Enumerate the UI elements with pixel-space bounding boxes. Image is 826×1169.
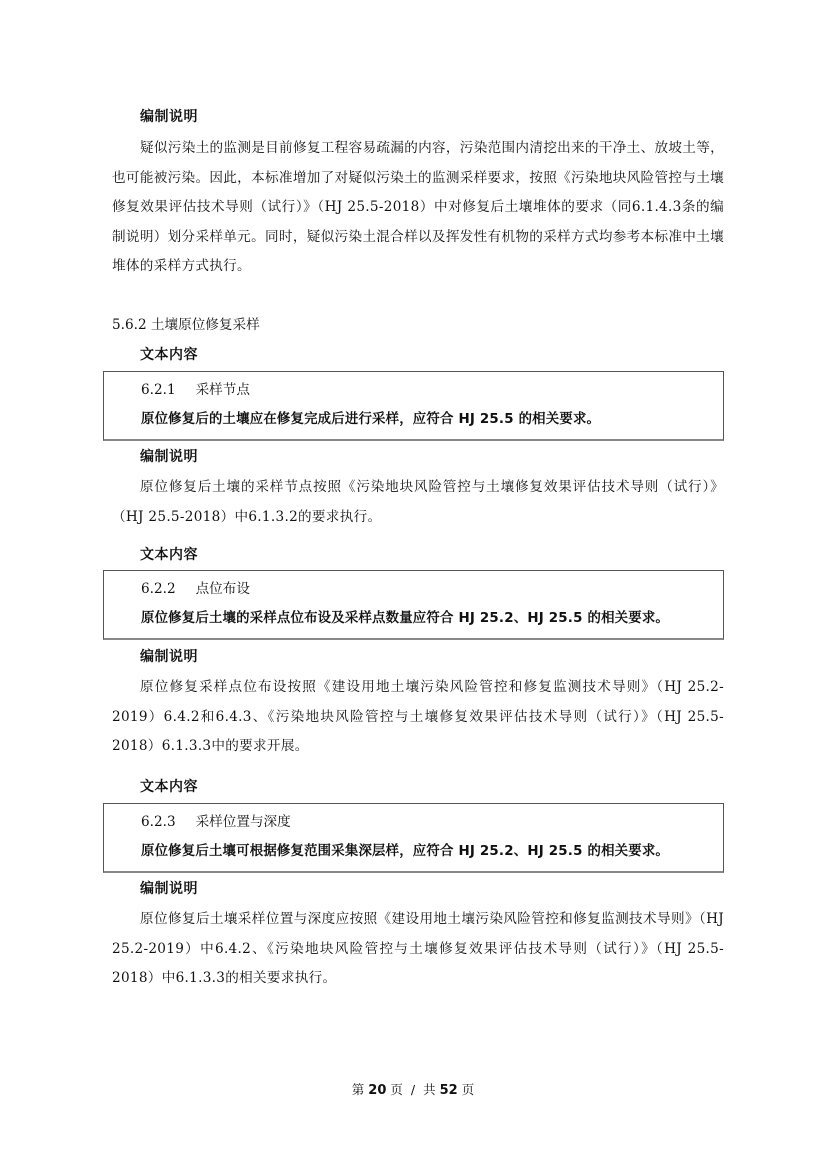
page-footer: 第20页/共52页 [0, 1080, 826, 1098]
clause-number: 6.2.2 [141, 581, 176, 597]
compilation-note-paragraph: 原位修复后土壤采样位置与深度应按照《建设用地土壤污染风险管控和修复监测技术导则》… [112, 905, 724, 994]
clause-box: 6.2.3采样位置与深度 原位修复后土壤可根据修复范围采集深层样，应符合 HJ … [103, 803, 724, 873]
text-content-heading: 文本内容 [140, 345, 198, 365]
clause-requirement: 原位修复后的土壤应在修复完成后进行采样，应符合 HJ 25.5 的相关要求。 [141, 410, 600, 430]
section-number: 5.6.2 [112, 317, 147, 333]
current-page-number: 20 [368, 1083, 386, 1098]
compilation-note-heading: 编制说明 [140, 647, 198, 667]
clause-number: 6.2.1 [141, 382, 176, 398]
clause-box: 6.2.2点位布设 原位修复后土壤的采样点位布设及采样点数量应符合 HJ 25.… [103, 570, 724, 640]
clause-title: 点位布设 [196, 581, 250, 597]
total-page-count: 52 [440, 1083, 458, 1098]
clause-heading: 6.2.1采样节点 [141, 380, 250, 400]
clause-box: 6.2.1采样节点 原位修复后的土壤应在修复完成后进行采样，应符合 HJ 25.… [103, 371, 724, 441]
clause-requirement: 原位修复后土壤的采样点位布设及采样点数量应符合 HJ 25.2、HJ 25.5 … [141, 609, 669, 629]
compilation-note-heading: 编制说明 [140, 107, 198, 127]
compilation-note-paragraph: 原位修复采样点位布设按照《建设用地土壤污染风险管控和修复监测技术导则》（HJ 2… [112, 673, 724, 762]
text-content-heading: 文本内容 [140, 777, 198, 797]
footer-separator: / [411, 1082, 415, 1097]
section-title: 5.6.2 土壤原位修复采样 [112, 315, 260, 335]
footer-page-unit: 页 [390, 1082, 403, 1097]
text-content-heading: 文本内容 [140, 545, 198, 565]
compilation-note-heading: 编制说明 [140, 879, 198, 899]
clause-title: 采样位置与深度 [196, 814, 291, 830]
document-page: 编制说明 疑似污染土的监测是目前修复工程容易疏漏的内容，污染范围内清挖出来的干净… [0, 0, 826, 1169]
clause-requirement: 原位修复后土壤可根据修复范围采集深层样，应符合 HJ 25.2、HJ 25.5 … [141, 842, 669, 862]
compilation-note-paragraph: 疑似污染土的监测是目前修复工程容易疏漏的内容，污染范围内清挖出来的干净土、放坡土… [112, 134, 724, 282]
section-title-text: 土壤原位修复采样 [151, 317, 260, 333]
clause-heading: 6.2.2点位布设 [141, 579, 250, 599]
footer-total-unit: 页 [462, 1082, 475, 1097]
compilation-note-paragraph: 原位修复后土壤的采样节点按照《污染地块风险管控与土壤修复效果评估技术导则（试行）… [112, 473, 724, 532]
footer-prefix: 第 [352, 1082, 365, 1097]
compilation-note-heading: 编制说明 [140, 447, 198, 467]
clause-heading: 6.2.3采样位置与深度 [141, 812, 291, 832]
footer-total-prefix: 共 [423, 1082, 436, 1097]
clause-title: 采样节点 [196, 382, 250, 398]
clause-number: 6.2.3 [141, 814, 176, 830]
